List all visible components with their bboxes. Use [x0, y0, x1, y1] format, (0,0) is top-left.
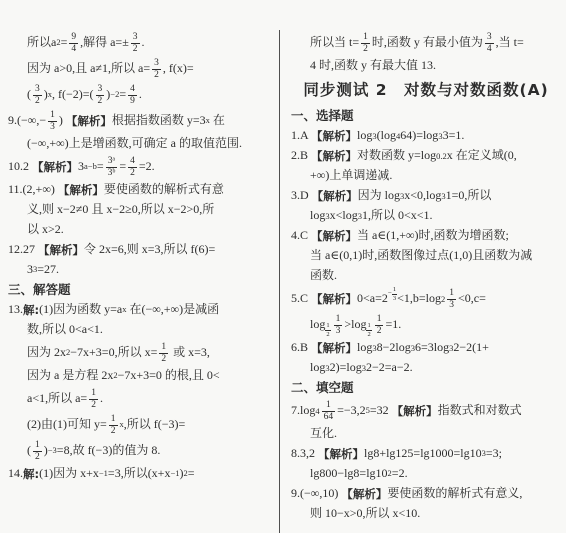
fraction: 164 — [322, 400, 336, 423]
text-run: 当 a∈(1,+∞)时,函数为增函数; — [357, 229, 509, 242]
text-line: 因为 a 是方程 2x2−7x+3=0 的根,且 0< — [8, 366, 274, 386]
bold-text-run: 【解析】 — [38, 244, 84, 257]
text-run: 指数式和对数式 — [438, 404, 522, 417]
superscript: 5 — [366, 406, 370, 415]
fraction: 13 — [447, 288, 456, 311]
subscript: 2 — [441, 295, 445, 304]
text-line: log32)=log32−2=a−2. — [291, 358, 561, 378]
text-line: 9.(−∞,−13) 【解析】根据指数函数 y=3x 在 — [8, 108, 274, 134]
superscript: 3 — [33, 265, 37, 274]
text-run: 8.3,2 — [291, 447, 318, 460]
section-heading: 二、填空题 — [291, 378, 561, 398]
text-line: log3x<log31,所以 0<x<1. — [291, 206, 561, 226]
text-run: 因为 2x — [27, 346, 66, 359]
subscript: 4 — [315, 407, 319, 416]
text-run: log — [310, 318, 325, 331]
text-run: 因为 a 是方程 2x — [27, 369, 113, 382]
bold-text-run: 【解析】 — [32, 161, 78, 174]
text-run: = — [61, 36, 68, 49]
text-run: 0<a=2 — [357, 292, 388, 305]
section-title: 同步测试 2 对数与对数函数(A) — [291, 76, 561, 106]
text-run: <1,b=log — [397, 292, 441, 305]
text-run: (2)由(1)可知 y= — [27, 418, 107, 431]
text-run: x<log — [330, 209, 358, 222]
text-run: 1.A — [291, 129, 311, 142]
fraction: 32 — [33, 84, 42, 107]
fraction: 94 — [69, 32, 78, 55]
subscript-fraction: 12 — [325, 322, 330, 337]
text-run: =32 — [370, 404, 392, 417]
text-run: lg800−lg8=lg10 — [310, 467, 388, 480]
text-run: ( — [27, 444, 31, 457]
text-run: 三、解答题 — [8, 283, 71, 297]
subscript: 0.2 — [436, 152, 447, 161]
text-run: lg8+lg125=lg1000=lg10 — [364, 447, 482, 460]
fraction: 12 — [33, 440, 42, 463]
text-line: (32)x, f(−2)=(32)−2=49. — [8, 82, 274, 108]
text-run: 在(−∞,+∞)是减函 — [126, 303, 219, 316]
text-run: −7x+3=0 的根,且 0< — [118, 369, 220, 382]
text-run: 1,所以 0<x<1. — [362, 209, 433, 222]
fraction: 42 — [128, 156, 137, 179]
fraction: 12 — [89, 388, 98, 411]
fraction: 3ᵃ3ᵇ — [106, 156, 118, 179]
text-line: 8.3,2 【解析】lg8+lg125=lg1000=lg103=3; — [291, 444, 561, 464]
text-run: 一、选择题 — [291, 109, 354, 123]
text-run: 要使函数的解析式有意义, — [387, 487, 522, 500]
fraction: 32 — [131, 32, 140, 55]
text-line: 3.D 【解析】因为 log3x<0,log31=0,所以 — [291, 186, 561, 206]
text-run: =2. — [392, 467, 408, 480]
fraction: 12 — [366, 322, 371, 337]
text-line: 则 10−x>0,所以 x<10. — [291, 504, 561, 524]
text-run: =3; — [486, 447, 502, 460]
text-run: 因为 a>0,且 a≠1,所以 a= — [27, 62, 150, 75]
text-run: log — [310, 361, 325, 374]
text-line: 1.A 【解析】log3(log464)=log33=1. — [291, 126, 561, 146]
text-line: 函数. — [291, 266, 561, 286]
text-run: 对数函数 y=log — [357, 149, 436, 162]
text-line: 因为 2x2−7x+3=0,所以 x=12 或 x=3, — [8, 340, 274, 366]
text-run: = — [119, 160, 126, 173]
text-run: (−∞,+∞)上是增函数,可确定 a 的取值范围. — [27, 137, 242, 150]
fraction: 12 — [375, 314, 384, 337]
fraction: 49 — [128, 84, 137, 107]
fraction: 32 — [96, 84, 105, 107]
scanned-page: 所以a2=94,解得 a=±32.因为 a>0,且 a≠1,所以 a=32, f… — [0, 0, 566, 533]
bold-text-run: 【解析】 — [311, 150, 357, 163]
superscript: x — [206, 116, 210, 125]
bold-text-run: 【解析】 — [318, 448, 364, 461]
text-run: x 在定义域(0, — [447, 149, 517, 162]
text-run: =2. — [139, 160, 155, 173]
left-column: 所以a2=94,解得 a=±32.因为 a>0,且 a≠1,所以 a=32, f… — [8, 30, 274, 484]
fraction: 12 — [325, 322, 330, 337]
text-line: (−∞,+∞)上是增函数,可确定 a 的取值范围. — [8, 134, 274, 154]
text-run: 13. — [8, 303, 23, 316]
text-run: =27. — [37, 263, 59, 276]
section-heading: 三、解答题 — [8, 280, 274, 300]
superscript: 3 — [482, 449, 486, 458]
text-run: 令 2x=6,则 x=3,所以 f(6)= — [84, 243, 215, 256]
text-run: , f(x)= — [163, 62, 194, 75]
right-column: 所以当 t=12时,函数 y 有最小值为34,当 t=4 时,函数 y 有最大值… — [291, 30, 561, 524]
text-line: 2.B 【解析】对数函数 y=log0.2x 在定义域(0, — [291, 146, 561, 166]
column-divider — [279, 30, 280, 533]
fraction: 13 — [48, 110, 57, 133]
text-run: ,所以 f(−3)= — [124, 418, 186, 431]
text-run: 所以当 t= — [310, 36, 359, 49]
text-line: 14.解:(1)因为 x+x−1=3,所以(x+x−1)2= — [8, 464, 274, 484]
text-line: lg800−lg8=lg102=2. — [291, 464, 561, 484]
text-run: =8,故 f(−3)的值为 8. — [57, 444, 161, 457]
text-run: 6=3log — [415, 341, 449, 354]
text-run: 当 a∈(0,1)时,函数图像过点(1,0)且函数为减 — [310, 249, 532, 262]
superscript: 2 — [113, 371, 117, 380]
text-run: 3.D — [291, 189, 312, 202]
text-run: ,当 t= — [496, 36, 524, 49]
text-line: 5.C 【解析】0<a=2−13<1,b=log213<0,c= — [291, 286, 561, 312]
text-line: 6.B 【解析】log38−2log36=3log32−2(1+ — [291, 338, 561, 358]
text-run: >log — [344, 318, 366, 331]
text-run: a<1,所以 a= — [27, 392, 87, 405]
text-run: . — [139, 88, 142, 101]
text-run: (1)因为 x+x — [39, 467, 99, 480]
text-run: ,解得 a=± — [80, 36, 129, 49]
text-run: 因为 log — [358, 189, 400, 202]
text-run: 1=0,所以 — [446, 189, 492, 202]
text-run: 义,则 x−2≠0 且 x−2≥0,所以 x−2>0,所 — [27, 203, 214, 216]
fraction: 12 — [159, 342, 168, 365]
text-line: 数,所以 0<a<1. — [8, 320, 274, 340]
text-run: 14. — [8, 467, 23, 480]
text-run: 9.(−∞,− — [8, 114, 46, 127]
fraction: 12 — [109, 414, 118, 437]
superscript: 2 — [388, 469, 392, 478]
text-run: = — [188, 467, 195, 480]
text-line: (12)−3=8,故 f(−3)的值为 8. — [8, 438, 274, 464]
text-line: 7.log4164=−3,25=32 【解析】指数式和对数式 — [291, 398, 561, 424]
text-run: −7x+3=0,所以 x= — [70, 346, 157, 359]
text-run: log — [357, 129, 372, 142]
text-run: +∞)上单调递减. — [310, 169, 392, 182]
fraction: 34 — [485, 32, 494, 55]
text-line: +∞)上单调递减. — [291, 166, 561, 186]
fraction: 13 — [334, 314, 343, 337]
text-run: . — [142, 36, 145, 49]
text-run: 4 时,函数 y 有最大值 13. — [310, 59, 436, 72]
superscript: x — [122, 305, 126, 314]
text-line: 4 时,函数 y 有最大值 13. — [291, 56, 561, 76]
text-run: <0,c= — [458, 292, 486, 305]
text-run: 3=1. — [443, 129, 465, 142]
text-run: 6.B — [291, 341, 311, 354]
text-run: 所以a — [27, 36, 56, 49]
superscript: x — [120, 420, 124, 429]
fraction: 32 — [152, 58, 161, 81]
bold-text-run: 【解析】 — [341, 488, 387, 501]
bold-text-run: 【解析】 — [311, 293, 357, 306]
text-line: 9.(−∞,10) 【解析】要使函数的解析式有意义, — [291, 484, 561, 504]
superscript-fraction: −13 — [388, 286, 397, 301]
text-line: 因为 a>0,且 a≠1,所以 a=32, f(x)= — [8, 56, 274, 82]
text-run: 9.(−∞,10) — [291, 487, 341, 500]
text-run: log — [357, 341, 372, 354]
text-run: (1)因为函数 y=a — [39, 303, 122, 316]
superscript: a−b — [84, 162, 97, 171]
bold-text-run: 解: — [23, 304, 39, 317]
text-run: 5.C — [291, 292, 311, 305]
text-line: 互化. — [291, 424, 561, 444]
superscript: −3 — [48, 446, 57, 455]
superscript: 2 — [184, 469, 188, 478]
text-line: 义,则 x−2≠0 且 x−2≥0,所以 x−2>0,所 — [8, 200, 274, 220]
text-line: 当 a∈(0,1)时,函数图像过点(1,0)且函数为减 — [291, 246, 561, 266]
subscript-fraction: 12 — [366, 322, 371, 337]
text-line: (2)由(1)可知 y=12x,所以 f(−3)= — [8, 412, 274, 438]
text-run: 同步测试 2 对数与对数函数(A) — [303, 82, 548, 99]
text-run: 2−2(1+ — [453, 341, 489, 354]
text-line: 33=27. — [8, 260, 274, 280]
text-run: = — [97, 160, 104, 173]
bold-text-run: 【解析】 — [311, 230, 357, 243]
bold-text-run: 解: — [23, 468, 39, 481]
text-line: a<1,所以 a=12. — [8, 386, 274, 412]
text-line: 13.解:(1)因为函数 y=ax 在(−∞,+∞)是减函 — [8, 300, 274, 320]
superscript: 2 — [66, 348, 70, 357]
text-run: 根据指数函数 y=3 — [112, 114, 206, 127]
bold-text-run: 【解析】 — [311, 342, 357, 355]
text-line: 12.27 【解析】令 2x=6,则 x=3,所以 f(6)= — [8, 240, 274, 260]
text-run: , f(−2)=( — [52, 88, 94, 101]
text-run: 时,函数 y 有最小值为 — [372, 36, 483, 49]
text-run: 在 — [210, 114, 225, 127]
text-run: 或 x=3, — [170, 346, 210, 359]
bold-text-run: 【解析】 — [392, 405, 438, 418]
text-run: =3,所以(x+x — [108, 467, 171, 480]
superscript: −2 — [110, 90, 119, 99]
text-run: ( — [27, 88, 31, 101]
superscript: −1 — [170, 469, 179, 478]
section-heading: 一、选择题 — [291, 106, 561, 126]
superscript: x — [48, 90, 52, 99]
text-run: 2)=log — [330, 361, 362, 374]
text-line: 所以当 t=12时,函数 y 有最小值为34,当 t= — [291, 30, 561, 56]
text-run: (log — [377, 129, 396, 142]
fraction: 13 — [392, 286, 397, 301]
text-line: 以 x>2. — [8, 220, 274, 240]
bold-text-run: 【解析】 — [311, 130, 357, 143]
text-run: 10.2 — [8, 160, 32, 173]
text-run: 11.(2,+∞) — [8, 183, 58, 196]
text-run: 以 x>2. — [27, 223, 64, 236]
text-run: 12.27 — [8, 243, 38, 256]
text-run: 数,所以 0<a<1. — [27, 323, 103, 336]
text-run: 7.log — [291, 404, 315, 417]
bold-text-run: 【解析】 — [312, 190, 358, 203]
text-line: 所以a2=94,解得 a=±32. — [8, 30, 274, 56]
text-line: 11.(2,+∞) 【解析】要使函数的解析式有意 — [8, 180, 274, 200]
text-run: log — [310, 209, 325, 222]
text-line: 4.C 【解析】当 a∈(1,+∞)时,函数为增函数; — [291, 226, 561, 246]
text-run: 则 10−x>0,所以 x<10. — [310, 507, 420, 520]
text-run: 2−2=a−2. — [366, 361, 413, 374]
text-run: 二、填空题 — [291, 381, 354, 395]
text-line: 10.2 【解析】3a−b=3ᵃ3ᵇ=42=2. — [8, 154, 274, 180]
text-run: ) — [59, 114, 66, 127]
text-run: 互化. — [310, 427, 337, 440]
text-run: =−3,2 — [337, 404, 366, 417]
text-run: . — [100, 392, 103, 405]
text-run: 要使函数的解析式有意 — [104, 183, 224, 196]
bold-text-run: 【解析】 — [58, 184, 104, 197]
text-run: 函数. — [310, 269, 337, 282]
text-run: 64)=log — [400, 129, 438, 142]
text-run: 8−2log — [377, 341, 411, 354]
text-run: 4.C — [291, 229, 311, 242]
bold-text-run: 【解析】 — [66, 115, 112, 128]
text-line: log1213>log1212=1. — [291, 312, 561, 338]
fraction: 12 — [361, 32, 370, 55]
superscript: −1 — [99, 469, 108, 478]
text-run: x<0,log — [404, 189, 441, 202]
superscript: 2 — [56, 38, 60, 47]
text-run: =1. — [385, 318, 401, 331]
text-run: = — [119, 88, 126, 101]
text-run: 2.B — [291, 149, 311, 162]
